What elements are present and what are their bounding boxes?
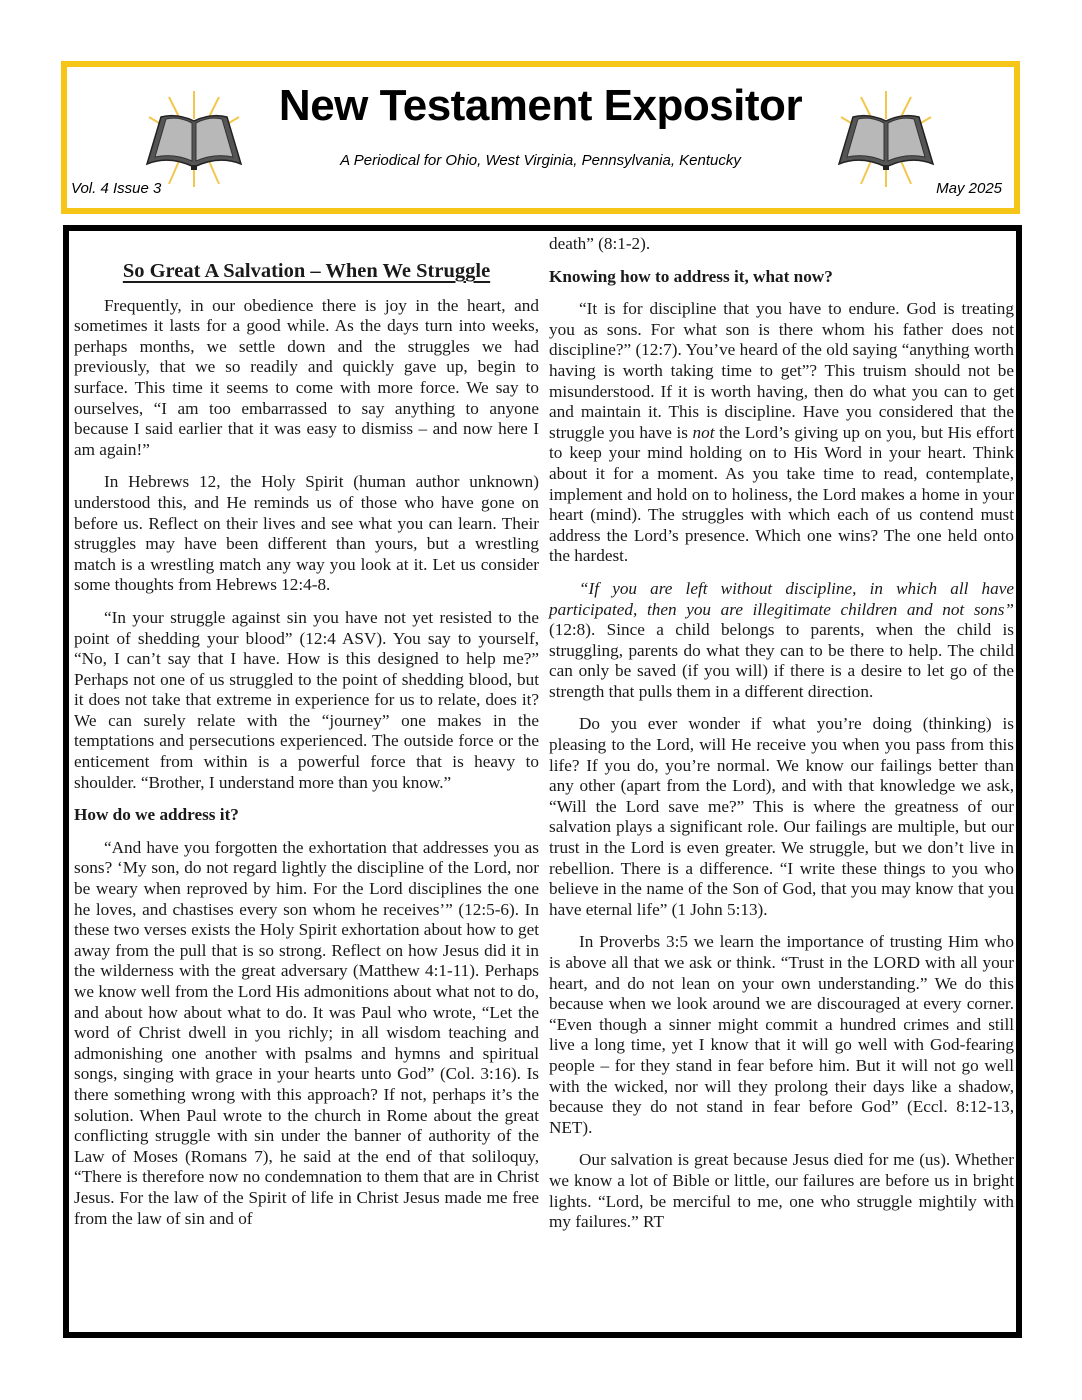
paragraph: “If you are left without discipline, in … <box>549 579 1014 703</box>
paragraph: “In your struggle against sin you have n… <box>74 608 539 793</box>
paragraph: “And have you forgotten the exhortation … <box>74 838 539 1229</box>
text-run: “It is for discipline that you have to e… <box>549 299 1014 442</box>
paragraph: Do you ever wonder if what you’re doing … <box>549 714 1014 920</box>
open-bible-icon <box>831 89 941 189</box>
paragraph-continuation: death” (8:1-2). <box>549 234 1014 255</box>
scripture-quote: “If you are left without discipline, in … <box>549 579 1014 619</box>
paragraph: Frequently, in our obedience there is jo… <box>74 296 539 461</box>
text-run: the Lord’s giving up on you, but His eff… <box>549 423 1014 566</box>
volume-issue: Vol. 4 Issue 3 <box>71 180 161 197</box>
text-run: (12:8). Since a child belongs to parents… <box>549 620 1014 701</box>
section-heading: How do we address it? <box>74 805 539 826</box>
issue-date: May 2025 <box>936 180 1002 197</box>
masthead: New Testament Expositor A Periodical for… <box>61 61 1020 214</box>
paragraph: In Proverbs 3:5 we learn the importance … <box>549 932 1014 1138</box>
article-right-column: death” (8:1-2). Knowing how to address i… <box>549 234 1014 1245</box>
paragraph: Our salvation is great because Jesus die… <box>549 1150 1014 1232</box>
emphasis: not <box>693 423 715 442</box>
paragraph: “It is for discipline that you have to e… <box>549 299 1014 567</box>
article-headline: So Great A Salvation – When We Struggle <box>74 261 539 282</box>
paragraph: In Hebrews 12, the Holy Spirit (human au… <box>74 472 539 596</box>
section-heading: Knowing how to address it, what now? <box>549 267 1014 288</box>
article-left-column: So Great A Salvation – When We Struggle … <box>74 231 539 1241</box>
article-container: So Great A Salvation – When We Struggle … <box>63 225 1022 1338</box>
